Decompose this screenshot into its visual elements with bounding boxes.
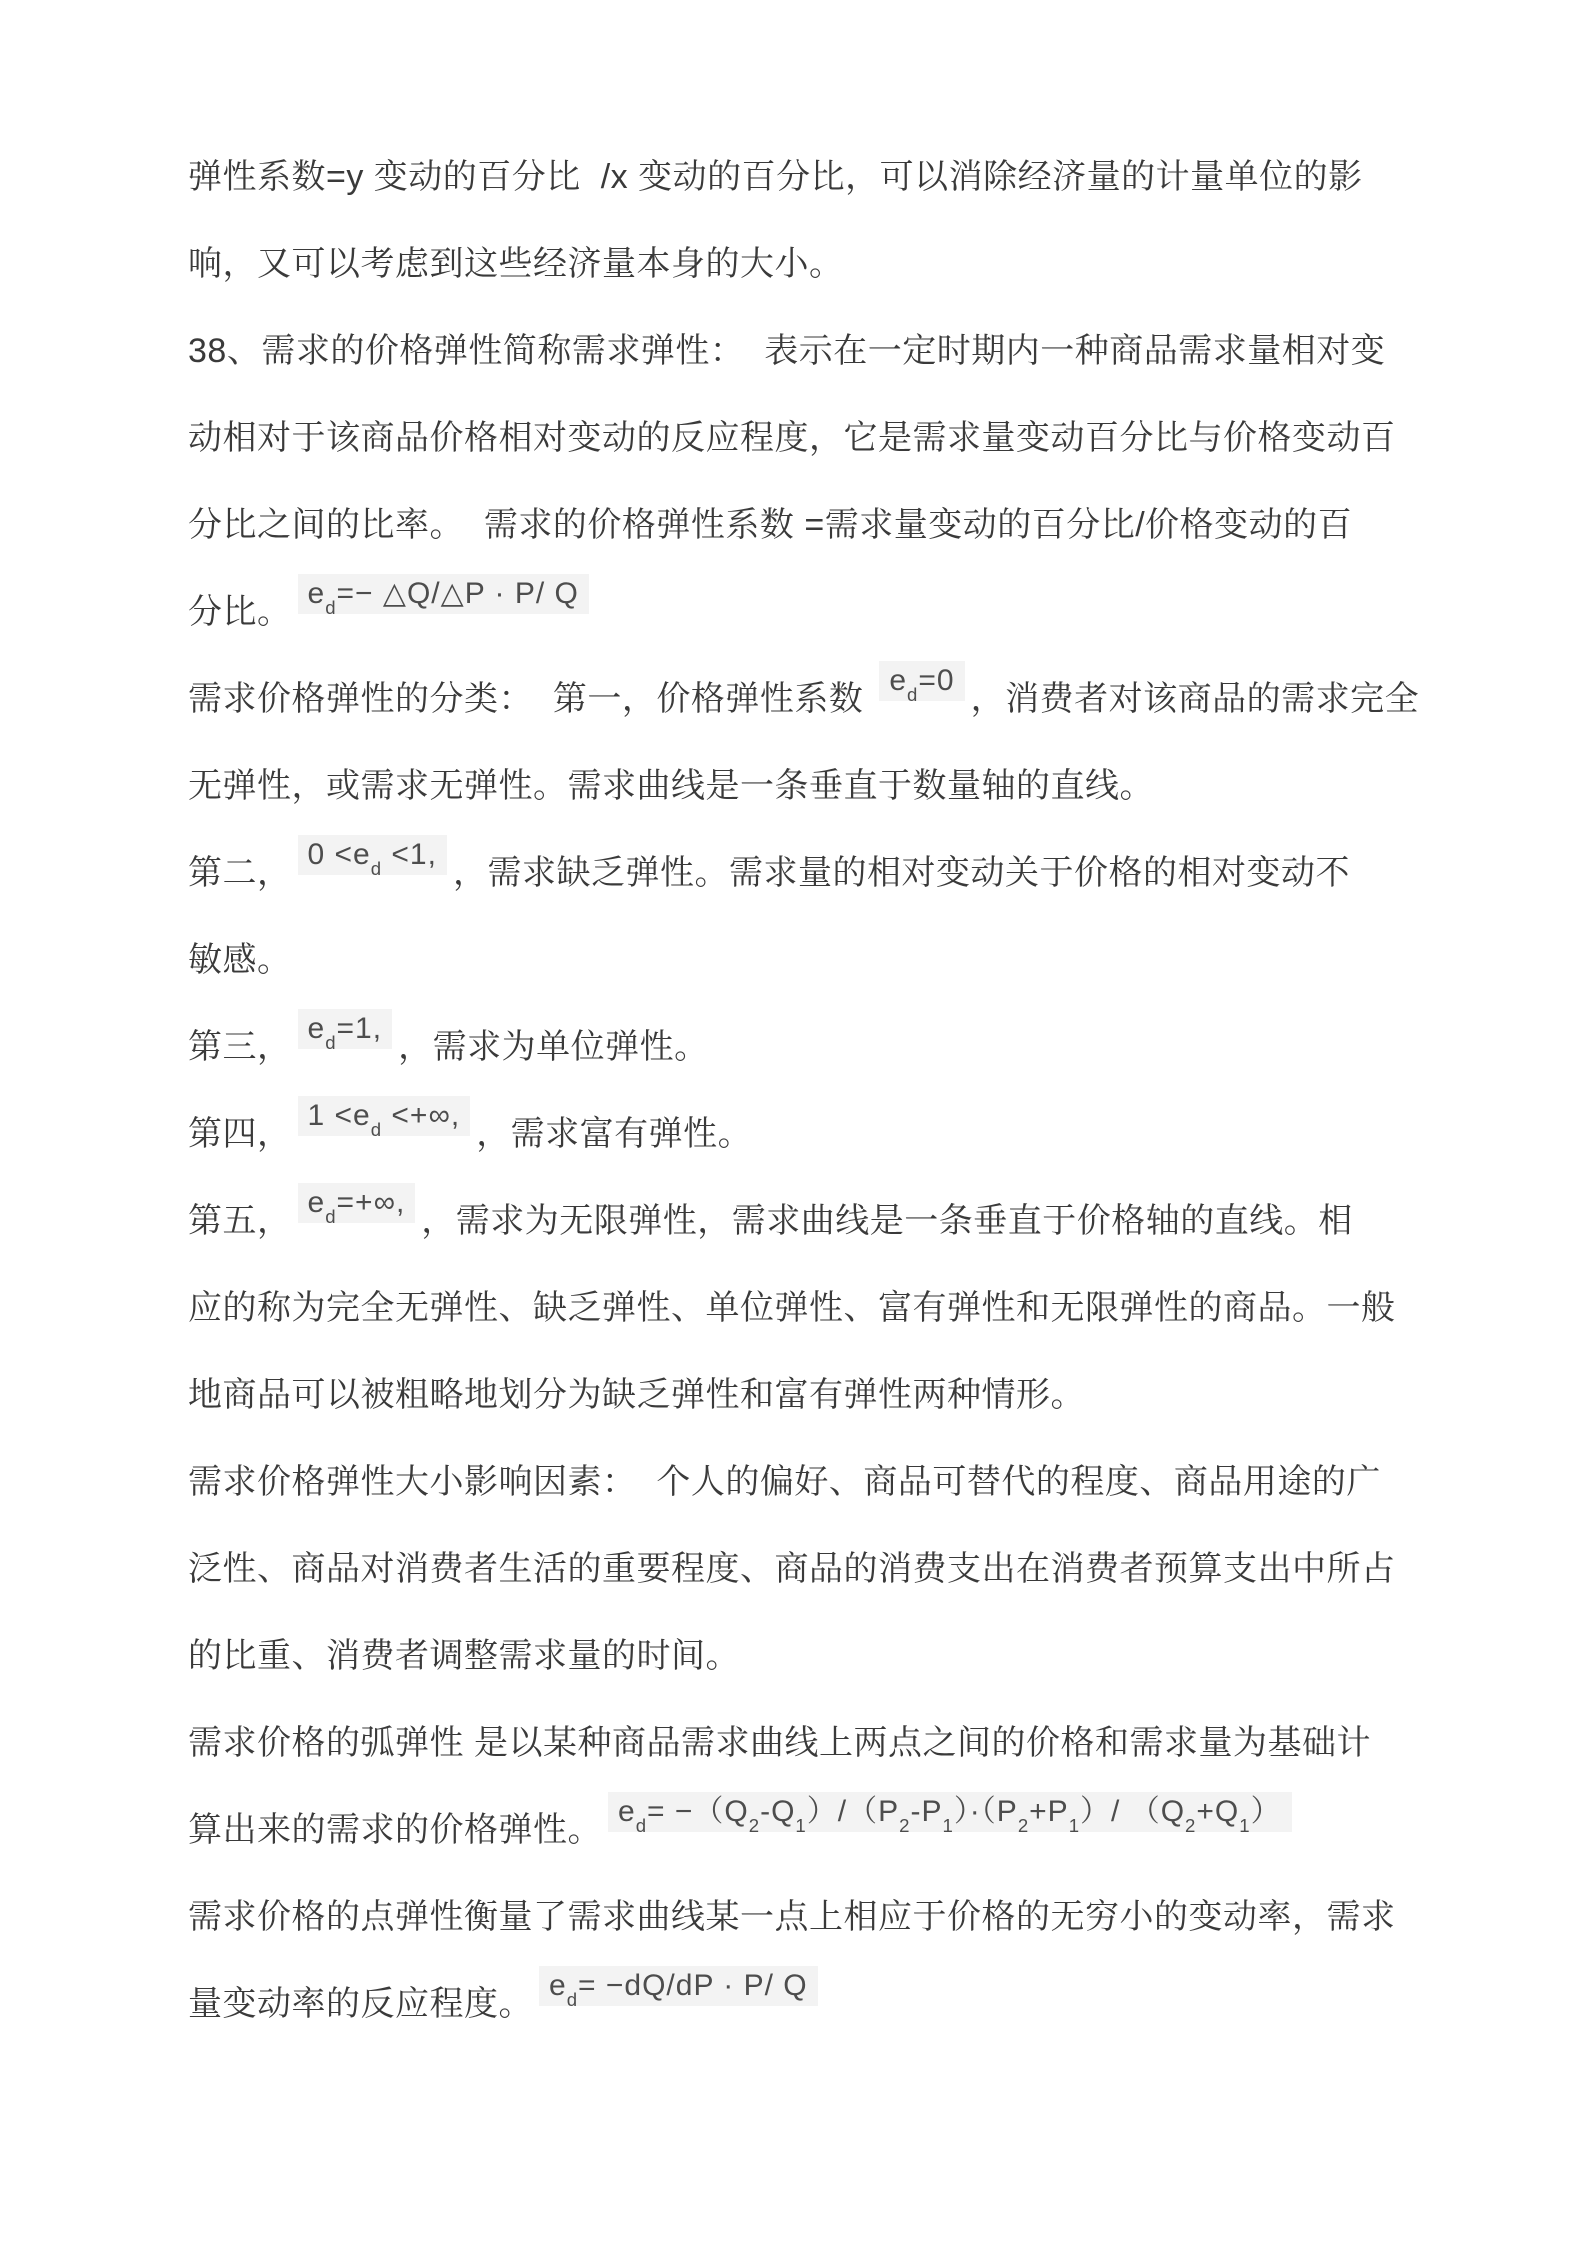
formula-subscript: d [371, 1119, 382, 1140]
text-line: 第三，ed=1,，需求为单位弹性。 [188, 1004, 1458, 1091]
inline-formula: ed= −dQ/dP · P/ Q [539, 1966, 818, 2006]
text-run: 需求价格的点弹性衡量了需求曲线某一点上相应于价格的无穷小的变动率，需求 [188, 1898, 1396, 1936]
formula-subscript: d [907, 684, 918, 705]
text-line: 泛性、商品对消费者生活的重要程度、商品的消费支出在消费者预算支出中所占 [188, 1526, 1458, 1613]
text-run: ，消费者对该商品的需求完全 [971, 680, 1420, 718]
inline-formula: ed=+∞, [298, 1183, 416, 1223]
inline-formula: 1 <ed <+∞, [298, 1096, 471, 1136]
text-line: 量变动率的反应程度。ed= −dQ/dP · P/ Q [188, 1961, 1458, 2048]
text-line: 响，又可以考虑到这些经济量本身的大小。 [188, 221, 1458, 308]
text-line: 需求价格的点弹性衡量了需求曲线某一点上相应于价格的无穷小的变动率，需求 [188, 1874, 1458, 1961]
text-run: 敏感。 [188, 941, 292, 979]
text-run: 弹性系数=y 变动的百分比 /x 变动的百分比，可以消除经济量的计量单位的影 [188, 158, 1363, 196]
inline-formula: ed= −（Q2-Q1）/（P2-P1）·（P2+P1）/ （Q2+Q1） [608, 1792, 1292, 1832]
text-run: 的比重、消费者调整需求量的时间。 [188, 1637, 740, 1675]
text-run: 泛性、商品对消费者生活的重要程度、商品的消费支出在消费者预算支出中所占 [188, 1550, 1396, 1588]
text-run: 无弹性，或需求无弹性。需求曲线是一条垂直于数量轴的直线。 [188, 767, 1154, 805]
text-line: 应的称为完全无弹性、缺乏弹性、单位弹性、富有弹性和无限弹性的商品。一般 [188, 1265, 1458, 1352]
text-line: 需求价格的弧弹性 是以某种商品需求曲线上两点之间的价格和需求量为基础计 [188, 1700, 1458, 1787]
text-line: 无弹性，或需求无弹性。需求曲线是一条垂直于数量轴的直线。 [188, 743, 1458, 830]
text-run: 第三， [188, 1028, 292, 1066]
formula-subscript: d [325, 597, 336, 618]
text-line: 分比之间的比率。 需求的价格弹性系数 =需求量变动的百分比/价格变动的百 [188, 482, 1458, 569]
text-line: 分比。ed=− △Q/△P · P/ Q [188, 569, 1458, 656]
text-run: 响，又可以考虑到这些经济量本身的大小。 [188, 245, 844, 283]
formula-subscript: 1 [1239, 1815, 1250, 1836]
text-line: 需求价格弹性的分类： 第一，价格弹性系数 ed=0，消费者对该商品的需求完全 [188, 656, 1458, 743]
inline-formula: ed=0 [879, 661, 964, 701]
inline-formula: ed=1, [298, 1009, 393, 1049]
text-run: 应的称为完全无弹性、缺乏弹性、单位弹性、富有弹性和无限弹性的商品。一般 [188, 1289, 1396, 1327]
text-run: 38、需求的价格弹性简称需求弹性： 表示在一定时期内一种商品需求量相对变 [188, 332, 1385, 370]
text-run: 分比。 [188, 593, 292, 631]
text-line: 地商品可以被粗略地划分为缺乏弹性和富有弹性两种情形。 [188, 1352, 1458, 1439]
text-line: 第四，1 <ed <+∞,，需求富有弹性。 [188, 1091, 1458, 1178]
text-run: ，需求为无限弹性，需求曲线是一条垂直于价格轴的直线。相 [421, 1202, 1353, 1240]
formula-subscript: 1 [1069, 1815, 1080, 1836]
text-run: ，需求为单位弹性。 [398, 1028, 709, 1066]
formula-subscript: 1 [795, 1815, 806, 1836]
text-run: 算出来的需求的价格弹性。 [188, 1811, 602, 1849]
text-line: 第五，ed=+∞,，需求为无限弹性，需求曲线是一条垂直于价格轴的直线。相 [188, 1178, 1458, 1265]
text-line: 算出来的需求的价格弹性。ed= −（Q2-Q1）/（P2-P1）·（P2+P1）… [188, 1787, 1458, 1874]
text-line: 需求价格弹性大小影响因素： 个人的偏好、商品可替代的程度、商品用途的广 [188, 1439, 1458, 1526]
formula-subscript: d [371, 858, 382, 879]
document-page: 弹性系数=y 变动的百分比 /x 变动的百分比，可以消除经济量的计量单位的影响，… [188, 134, 1458, 2048]
text-run: 需求价格的弧弹性 是以某种商品需求曲线上两点之间的价格和需求量为基础计 [188, 1724, 1371, 1762]
inline-formula: ed=− △Q/△P · P/ Q [298, 574, 589, 614]
text-line: 38、需求的价格弹性简称需求弹性： 表示在一定时期内一种商品需求量相对变 [188, 308, 1458, 395]
formula-subscript: 1 [942, 1815, 953, 1836]
formula-subscript: 2 [1185, 1815, 1196, 1836]
formula-subscript: 2 [1018, 1815, 1029, 1836]
formula-subscript: 2 [749, 1815, 760, 1836]
formula-subscript: d [636, 1815, 647, 1836]
text-run: 第四， [188, 1115, 292, 1153]
text-run: 第二， [188, 854, 292, 892]
text-run: 动相对于该商品价格相对变动的反应程度，它是需求量变动百分比与价格变动百 [188, 419, 1396, 457]
text-line: 的比重、消费者调整需求量的时间。 [188, 1613, 1458, 1700]
formula-subscript: d [325, 1032, 336, 1053]
text-line: 敏感。 [188, 917, 1458, 1004]
text-run: 需求价格弹性大小影响因素： 个人的偏好、商品可替代的程度、商品用途的广 [188, 1463, 1381, 1501]
formula-subscript: d [567, 1989, 578, 2010]
text-run: ，需求富有弹性。 [476, 1115, 752, 1153]
text-run: 需求价格弹性的分类： 第一，价格弹性系数 [188, 680, 873, 718]
text-run: ，需求缺乏弹性。需求量的相对变动关于价格的相对变动不 [453, 854, 1350, 892]
text-line: 第二，0 <ed <1,，需求缺乏弹性。需求量的相对变动关于价格的相对变动不 [188, 830, 1458, 917]
formula-subscript: d [325, 1206, 336, 1227]
text-run: 量变动率的反应程度。 [188, 1985, 533, 2023]
text-line: 弹性系数=y 变动的百分比 /x 变动的百分比，可以消除经济量的计量单位的影 [188, 134, 1458, 221]
text-run: 分比之间的比率。 需求的价格弹性系数 =需求量变动的百分比/价格变动的百 [188, 506, 1352, 544]
formula-subscript: 2 [899, 1815, 910, 1836]
text-line: 动相对于该商品价格相对变动的反应程度，它是需求量变动百分比与价格变动百 [188, 395, 1458, 482]
text-run: 地商品可以被粗略地划分为缺乏弹性和富有弹性两种情形。 [188, 1376, 1085, 1414]
inline-formula: 0 <ed <1, [298, 835, 447, 875]
text-run: 第五， [188, 1202, 292, 1240]
